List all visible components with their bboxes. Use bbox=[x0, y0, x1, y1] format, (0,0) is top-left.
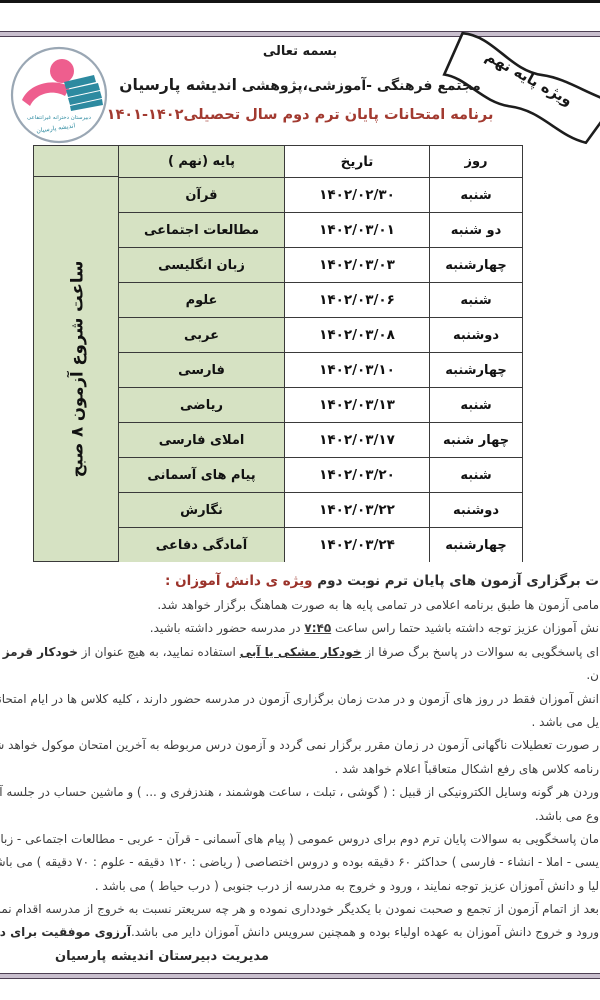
note-text: ای پاسخگویی به سوالات در پاسخ برگ صرفا ا… bbox=[362, 645, 600, 659]
exam-day-cell: چهارشنبه bbox=[429, 527, 522, 562]
exam-subject-cell: آمادگی دفاعی bbox=[118, 527, 284, 562]
notes-heading-dark: ت برگزاری آزمون های پایان ترم نوبت دوم bbox=[313, 573, 599, 589]
exam-subject-cell: فارسی bbox=[118, 352, 284, 387]
bottom-divider-rule bbox=[0, 973, 600, 979]
exam-date-cell: ۱۴۰۲/۰۳/۱۷ bbox=[284, 422, 429, 457]
note-line: انش آموزان فقط در روز های آزمون و در مدت… bbox=[0, 688, 599, 711]
exam-day-cell: شنبه bbox=[429, 177, 522, 212]
school-logo-icon: دبیرستان دخترانه غیرانتفاعی اندیشه پارسی… bbox=[8, 44, 110, 146]
note-pen-black-blue: خودکار مشکی یا آبی bbox=[240, 645, 362, 659]
note-line: یسی - املا - انشاء - فارسی ) حداکثر ۶۰ د… bbox=[0, 851, 599, 874]
note-text: نش آموزان عزیز توجه داشته باشید حتما راس… bbox=[331, 621, 599, 635]
exam-date-cell: ۱۴۰۲/۰۳/۰۶ bbox=[284, 282, 429, 317]
note-line: لیا و دانش آموزان عزیز توجه نمایند ، ورو… bbox=[0, 875, 599, 898]
exam-subject-cell: زبان انگلیسی bbox=[118, 247, 284, 282]
note-line: بعد از اتمام آزمون از تجمع و صحبت نمودن … bbox=[0, 898, 599, 921]
note-line: مامی آزمون ها طبق برنامه اعلامی در تمامی… bbox=[0, 594, 599, 617]
note-pen-red: خودکار قرمز bbox=[3, 645, 78, 659]
exam-date-cell: ۱۴۰۲/۰۳/۱۰ bbox=[284, 352, 429, 387]
exam-subject-cell: ریاضی bbox=[118, 387, 284, 422]
note-line: ر صورت تعطیلات ناگهانی آزمون در زمان مقر… bbox=[0, 734, 599, 757]
exam-day-cell: شنبه bbox=[429, 457, 522, 492]
exam-date-cell: ۱۴۰۲/۰۳/۲۰ bbox=[284, 457, 429, 492]
organization-line: مجتمع فرهنگی -آموزشی،پژوهشی اندیشه پارسی… bbox=[0, 76, 600, 94]
exam-day-cell: چهارشنبه bbox=[429, 247, 522, 282]
exam-start-time-note: ساعت شروع آزمون ۸ صبح bbox=[67, 261, 86, 478]
note-line: ای پاسخگویی به سوالات در پاسخ برگ صرفا ا… bbox=[0, 641, 599, 664]
note-line: مان پاسخگویی به سوالات پایان ترم دوم برا… bbox=[0, 828, 599, 851]
exam-date-cell: ۱۴۰۲/۰۲/۳۰ bbox=[284, 177, 429, 212]
note-line: وع می باشد. bbox=[0, 805, 599, 828]
exam-day-cell: شنبه bbox=[429, 282, 522, 317]
document-title: برنامه امتحانات پایان ترم دوم سال تحصیلی… bbox=[0, 107, 600, 123]
organization-name: اندیشه پارسیان bbox=[119, 76, 237, 94]
exam-subject-cell: علوم bbox=[118, 282, 284, 317]
note-line: وردن هر گونه وسایل الکترونیکی از قبیل : … bbox=[0, 781, 599, 804]
exam-day-cell: چهارشنبه bbox=[429, 352, 522, 387]
exam-table: ساعت شروع آزمون ۸ صبح روز تاریخ پایه (نه… bbox=[33, 145, 523, 562]
school-logo: دبیرستان دخترانه غیرانتفاعی اندیشه پارسی… bbox=[8, 44, 110, 146]
bismillah-text: بسمه تعالی bbox=[0, 44, 600, 59]
exam-subject-cell: قرآن bbox=[118, 177, 284, 212]
exam-start-time-cell: ساعت شروع آزمون ۸ صبح bbox=[34, 177, 119, 561]
exam-date-cell: ۱۴۰۲/۰۳/۰۱ bbox=[284, 212, 429, 247]
side-column-header-cell bbox=[34, 146, 119, 177]
exam-day-cell: چهار شنبه bbox=[429, 422, 522, 457]
signature-line: مدیریت دبیرستان اندیشه پارسیان bbox=[0, 945, 599, 969]
exam-subject-cell: پیام های آسمانی bbox=[118, 457, 284, 492]
exam-date-cell: ۱۴۰۲/۰۳/۰۳ bbox=[284, 247, 429, 282]
exam-subject-cell: املای فارسی bbox=[118, 422, 284, 457]
organization-prefix: مجتمع فرهنگی -آموزشی،پژوهشی bbox=[237, 78, 481, 94]
exam-date-cell: ۱۴۰۲/۰۳/۱۳ bbox=[284, 387, 429, 422]
note-time-745: ۷:۴۵ bbox=[304, 621, 331, 635]
column-header-subject: پایه (نهم ) bbox=[118, 146, 284, 177]
note-line: یل می باشد . bbox=[0, 711, 599, 734]
top-divider-rule bbox=[0, 31, 600, 37]
note-text: در مدرسه حضور داشته باشید. bbox=[150, 621, 305, 635]
column-header-date: تاریخ bbox=[284, 146, 429, 177]
notes-heading: ت برگزاری آزمون های پایان ترم نوبت دوم و… bbox=[0, 569, 599, 594]
note-good-luck: آرزوی موفقیت برای دختران عزیز bbox=[0, 925, 131, 939]
note-text: ورود و خروج دانش آموزان به عهده اولیاء ب… bbox=[131, 925, 599, 939]
notes-section: ت برگزاری آزمون های پایان ترم نوبت دوم و… bbox=[0, 569, 600, 969]
note-line: نش آموزان عزیز توجه داشته باشید حتما راس… bbox=[0, 617, 599, 640]
exam-subject-cell: مطالعات اجتماعی bbox=[118, 212, 284, 247]
exam-day-cell: شنبه bbox=[429, 387, 522, 422]
exam-schedule-document: دبیرستان دخترانه غیرانتفاعی اندیشه پارسی… bbox=[0, 0, 600, 1000]
notes-heading-red: ویژه ی دانش آموزان : bbox=[165, 573, 312, 589]
exam-day-cell: دوشنبه bbox=[429, 492, 522, 527]
column-header-day: روز bbox=[429, 146, 522, 177]
exam-date-cell: ۱۴۰۲/۰۳/۲۲ bbox=[284, 492, 429, 527]
exam-subject-cell: عربی bbox=[118, 317, 284, 352]
exam-subject-cell: نگارش bbox=[118, 492, 284, 527]
exam-day-cell: دو شنبه bbox=[429, 212, 522, 247]
note-line: رنامه کلاس های رفع اشکال متعاقباً اعلام … bbox=[0, 758, 599, 781]
note-line: ن. bbox=[0, 664, 599, 687]
top-black-strip bbox=[0, 0, 600, 3]
exam-grid: روز تاریخ پایه (نهم ) شنبه ۱۴۰۲/۰۲/۳۰ قر… bbox=[118, 146, 522, 562]
exam-date-cell: ۱۴۰۲/۰۳/۰۸ bbox=[284, 317, 429, 352]
exam-date-cell: ۱۴۰۲/۰۳/۲۴ bbox=[284, 527, 429, 562]
exam-day-cell: دوشنبه bbox=[429, 317, 522, 352]
note-line: ورود و خروج دانش آموزان به عهده اولیاء ب… bbox=[0, 921, 599, 944]
note-text: استفاده نمایید، به هیچ عنوان از bbox=[78, 645, 240, 659]
